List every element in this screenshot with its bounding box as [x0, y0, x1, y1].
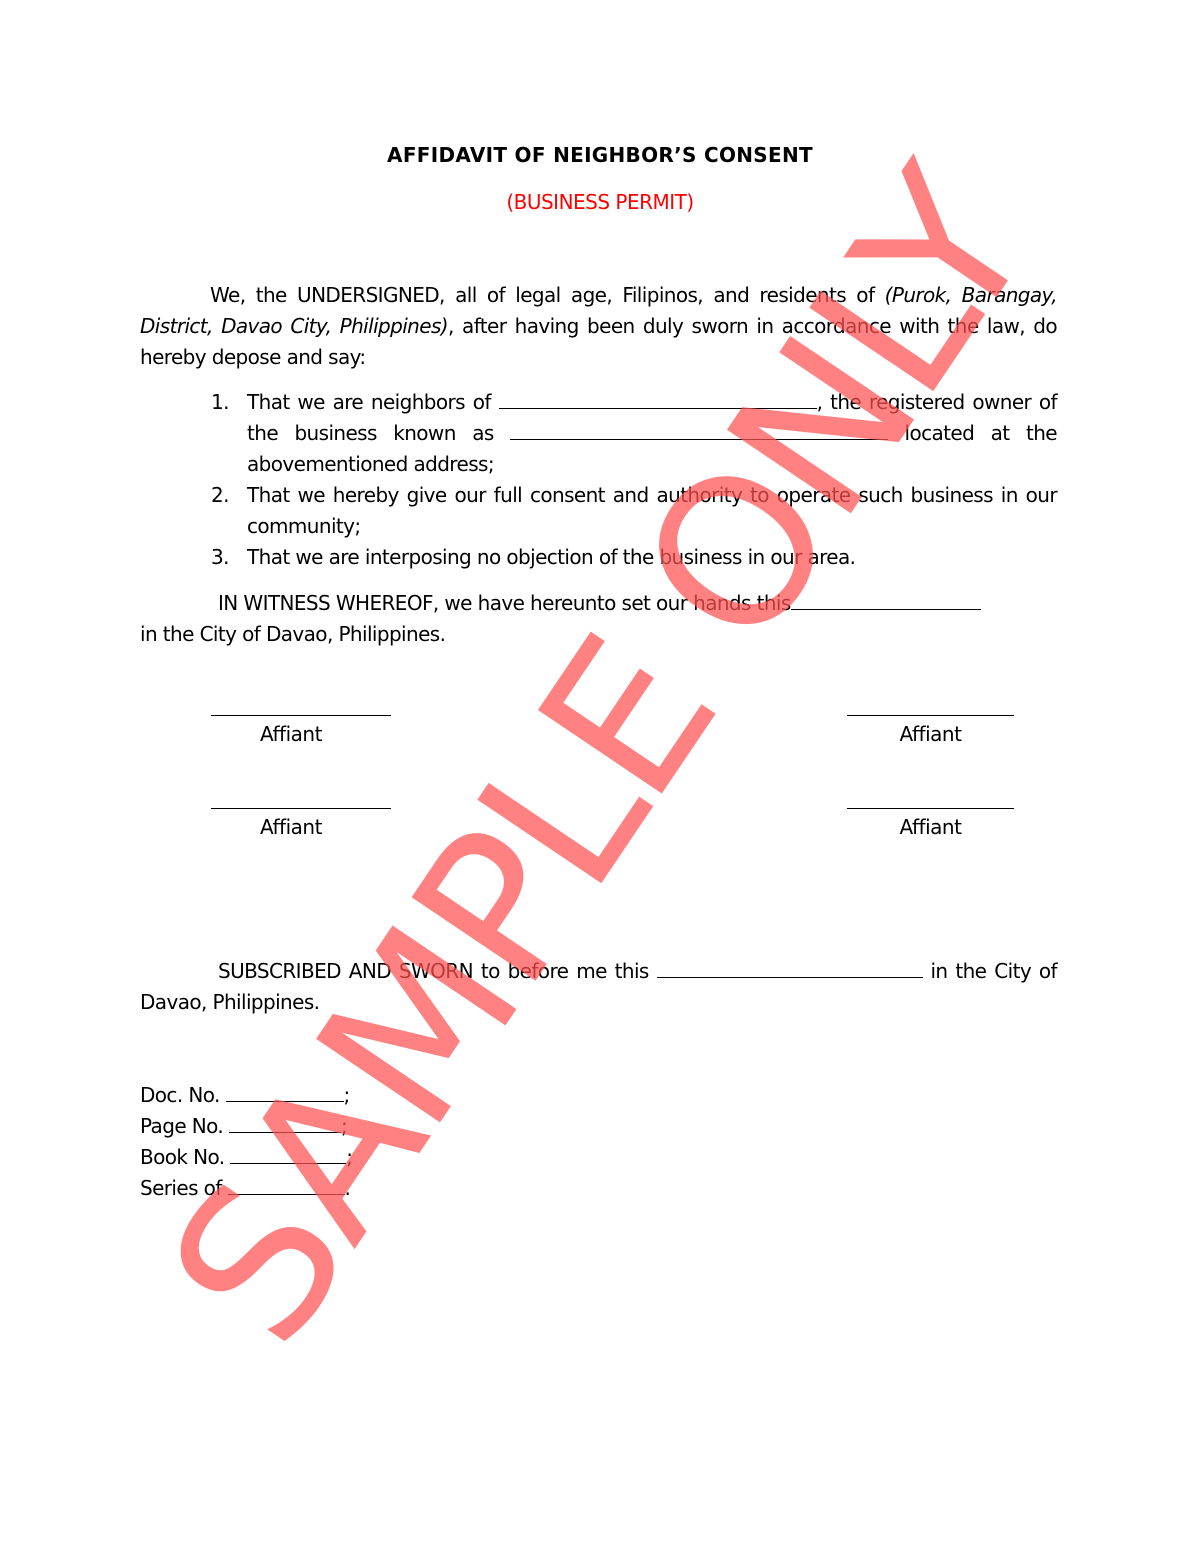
notary-line: Page No. ;: [140, 1111, 352, 1142]
declarations-list: 1. That we are neighbors of , the regist…: [211, 387, 1057, 573]
book-no-blank[interactable]: [230, 1144, 346, 1164]
punct: ;: [346, 1145, 352, 1169]
item-number: 2.: [211, 480, 247, 542]
notary-details: Doc. No. ; Page No. ; Book No. ; Series …: [140, 1080, 352, 1204]
signature-line[interactable]: [211, 715, 391, 716]
owner-name-blank[interactable]: [499, 389, 817, 409]
signature-line[interactable]: [847, 715, 1014, 716]
signature-block: Affiant: [847, 808, 1014, 839]
intro-paragraph: We, the UNDERSIGNED, all of legal age, F…: [140, 280, 1057, 373]
business-name-blank[interactable]: [510, 420, 888, 440]
punct: ;: [344, 1083, 350, 1107]
list-item: 1. That we are neighbors of , the regist…: [211, 387, 1057, 480]
witness-date-blank[interactable]: [791, 590, 981, 610]
item-text: That we are interposing no objection of …: [247, 542, 1057, 573]
signature-label: Affiant: [847, 722, 1014, 746]
signature-block: Affiant: [847, 715, 1014, 746]
doc-no-blank[interactable]: [226, 1082, 344, 1102]
intro-text-1: We, the UNDERSIGNED, all of legal age, F…: [210, 283, 885, 307]
signature-label: Affiant: [191, 815, 391, 839]
signature-block: Affiant: [211, 715, 391, 746]
item-number: 3.: [211, 542, 247, 573]
document-page: AFFIDAVIT OF NEIGHBOR’S CONSENT (BUSINES…: [0, 0, 1200, 1553]
witness-text-2: in the City of Davao, Philippines.: [140, 622, 445, 646]
item-number: 1.: [211, 387, 247, 480]
signature-label: Affiant: [847, 815, 1014, 839]
signature-block: Affiant: [211, 808, 391, 839]
notary-label: Doc. No.: [140, 1083, 226, 1107]
page-no-blank[interactable]: [229, 1113, 341, 1133]
subscribed-date-blank[interactable]: [657, 958, 923, 978]
list-item: 3. That we are interposing no objection …: [211, 542, 1057, 573]
witness-text-1: IN WITNESS WHEREOF, we have hereunto set…: [218, 591, 791, 615]
series-of-blank[interactable]: [228, 1175, 345, 1195]
item-text: That we hereby give our full consent and…: [247, 480, 1057, 542]
notary-label: Series of: [140, 1176, 228, 1200]
notary-line: Series of .: [140, 1173, 352, 1204]
notary-label: Book No.: [140, 1145, 230, 1169]
document-title: AFFIDAVIT OF NEIGHBOR’S CONSENT: [0, 143, 1200, 167]
signature-label: Affiant: [191, 722, 391, 746]
notary-line: Doc. No. ;: [140, 1080, 352, 1111]
subscribed-paragraph: SUBSCRIBED AND SWORN to before me this i…: [140, 956, 1057, 1018]
subscribed-text-1: SUBSCRIBED AND SWORN to before me this: [218, 959, 657, 983]
notary-label: Page No.: [140, 1114, 229, 1138]
document-subtitle: (BUSINESS PERMIT): [0, 190, 1200, 214]
item-text: That we are neighbors of: [247, 390, 499, 414]
list-item: 2. That we hereby give our full consent …: [211, 480, 1057, 542]
signature-line[interactable]: [847, 808, 1014, 809]
signature-line[interactable]: [211, 808, 391, 809]
punct: ;: [341, 1114, 347, 1138]
witness-paragraph: IN WITNESS WHEREOF, we have hereunto set…: [140, 588, 1057, 650]
punct: .: [345, 1176, 351, 1200]
notary-line: Book No. ;: [140, 1142, 352, 1173]
